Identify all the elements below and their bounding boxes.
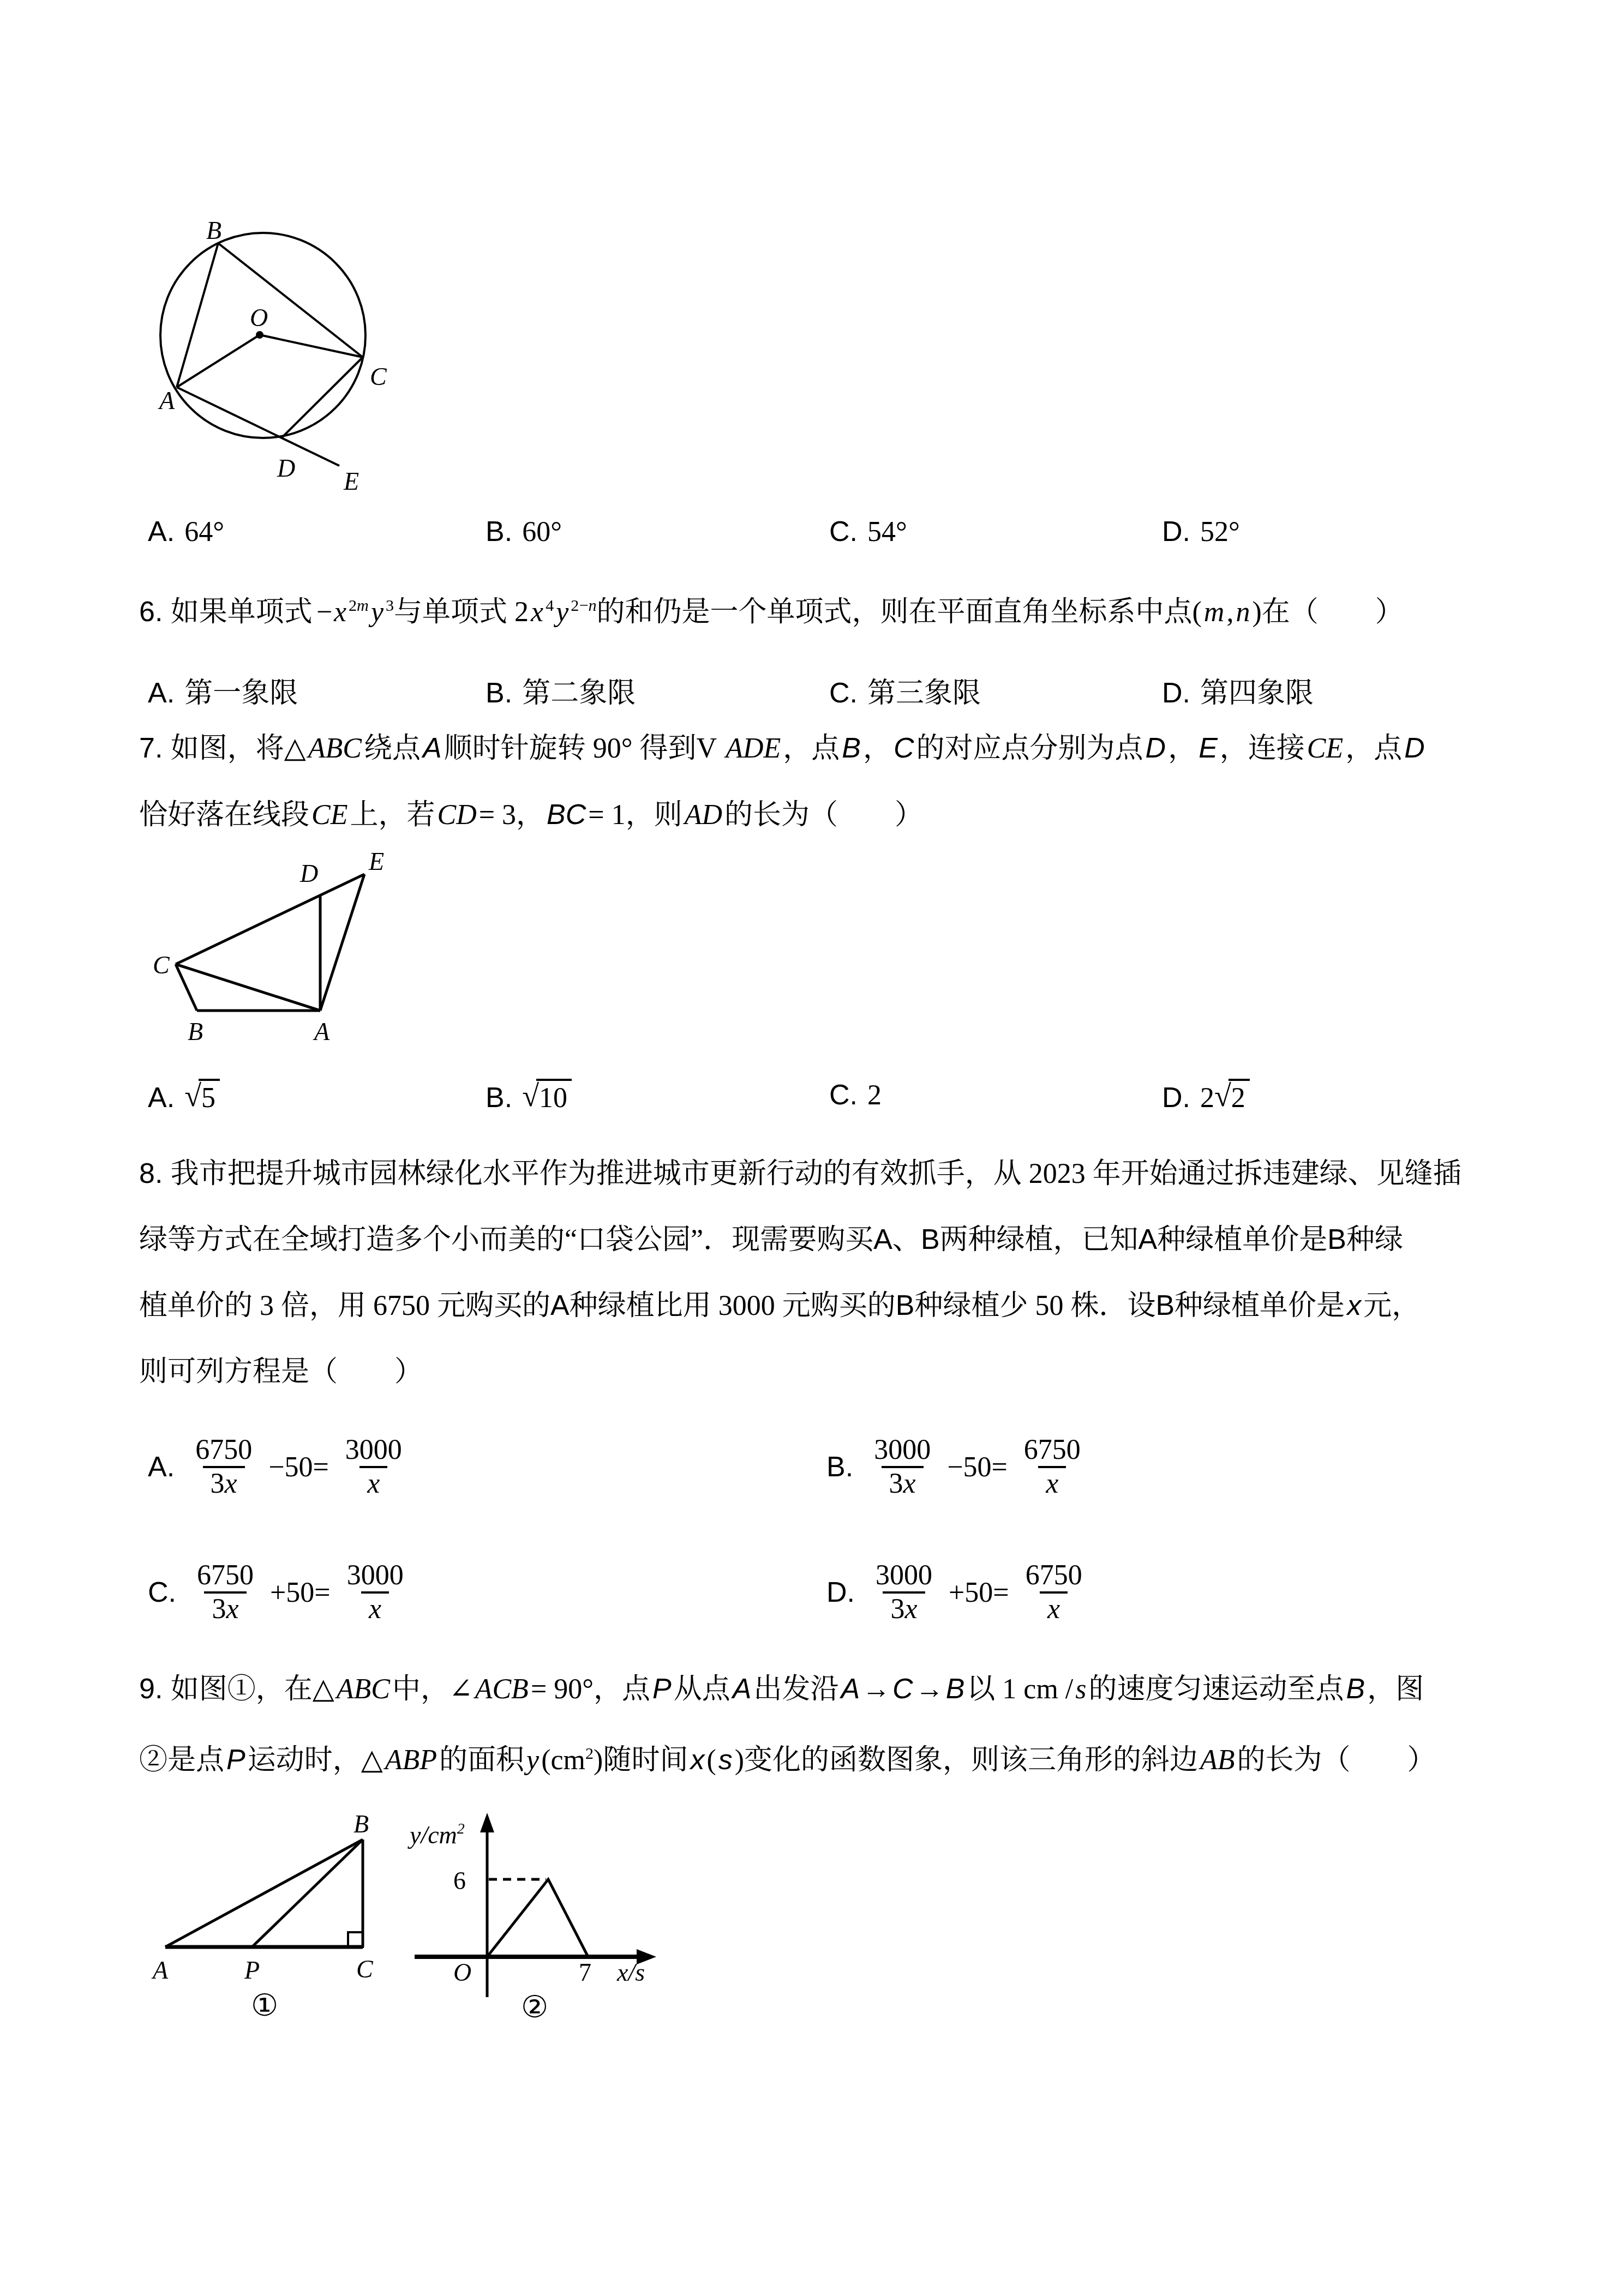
edge-a-b — [165, 1840, 363, 1947]
q8-option-b-operator: −50= — [947, 1451, 1008, 1483]
y-axis-label: y/cm2 — [408, 1820, 465, 1849]
q5-figure-edges — [177, 243, 363, 466]
origin-label: O — [453, 1958, 471, 1986]
q8-option-b-denominator-2: x — [1038, 1466, 1066, 1500]
figure-2-caption: ② — [510, 1990, 559, 2025]
q9-triangle-figure: B A P C — [147, 1811, 387, 1991]
q8-option-d-fraction-1: 30003x — [868, 1560, 940, 1625]
q7-option-d-label: D. — [1162, 1082, 1190, 1114]
q8-option-d: D. 30003x +50= 6750x — [826, 1560, 1093, 1625]
q7-option-b-label: B. — [486, 1082, 512, 1114]
q6-options-row: A.第一象限 B.第二象限 C.第三象限 D.第四象限 — [0, 670, 1624, 741]
q8-option-a-numerator-1: 6750 — [188, 1434, 260, 1466]
q5-label-o: O — [250, 304, 268, 332]
q8-options-row-1: A. 67503x −50= 3000x B. 30003x −50= 6750… — [0, 1434, 1624, 1538]
edge-a-e — [320, 874, 364, 1011]
q8-option-b-label: B. — [826, 1451, 853, 1483]
q8-option-d-operator: +50= — [949, 1577, 1009, 1609]
q8-option-a-numerator-2: 3000 — [338, 1434, 410, 1466]
edge-b-p — [252, 1840, 363, 1947]
question-6-text: 6. 如果单项式−x2my3与单项式 2x4y2−n的和仍是一个单项式，则在平面… — [139, 594, 1404, 630]
q7-label-c: C — [153, 951, 170, 979]
q7-option-a-label: A. — [148, 1082, 175, 1114]
question-7-text-line2: 恰好落在线段CE上，若CD= 3，BC= 1，则AD的长为（ ） — [139, 797, 923, 833]
q8-option-d-denominator-2: x — [1040, 1591, 1068, 1625]
q5-label-c: C — [370, 363, 387, 390]
q8-option-b-numerator-2: 6750 — [1016, 1434, 1088, 1466]
q7-option-a-radicand: 5 — [199, 1079, 220, 1114]
q8-option-a-fraction-2: 3000x — [338, 1434, 410, 1500]
x-tick-7: 7 — [579, 1958, 591, 1986]
q8-option-d-numerator-1: 3000 — [868, 1560, 940, 1591]
y-axis-label-main: y/cm — [408, 1821, 457, 1849]
q6-option-b-label: B. — [486, 677, 512, 709]
question-9-text-line1: 9. 如图①，在△ABC中，∠ACB= 90°，点P从点A出发沿A→C→B以 1… — [139, 1672, 1424, 1707]
question-8-text-line4: 则可列方程是（ ） — [139, 1354, 423, 1390]
q8-option-b-fraction-2: 6750x — [1016, 1434, 1088, 1500]
edge-c-a — [176, 964, 320, 1011]
q7-figure-edges — [176, 874, 364, 1011]
q8-option-c-fraction-1: 67503x — [189, 1560, 261, 1625]
q7-option-b-radical-sign: √ — [522, 1079, 539, 1113]
q6-option-a-label: A. — [148, 677, 175, 709]
q8-option-c-numerator-1: 6750 — [189, 1560, 261, 1591]
q5-option-c-value: 54° — [867, 516, 907, 548]
edge-b-c — [218, 243, 363, 357]
q8-option-a-operator: −50= — [268, 1451, 329, 1483]
q5-option-d-value: 52° — [1200, 516, 1240, 548]
q7-option-d-pre: 2 — [1200, 1083, 1214, 1114]
q7-option-c-pre: 2 — [867, 1080, 882, 1111]
question-8-text-line2: 绿等方式在全域打造多个小而美的“口袋公园”．现需要购买A、B两种绿植，已知A种绿… — [139, 1222, 1403, 1258]
q8-option-d-label: D. — [826, 1576, 855, 1609]
q8-option-b-fraction-1: 30003x — [866, 1434, 938, 1500]
q8-option-a-label: A. — [148, 1451, 175, 1483]
q8-option-c: C. 67503x +50= 3000x — [148, 1560, 415, 1625]
q9-fig1-label-b: B — [353, 1810, 369, 1838]
q6-option-c-value: 第三象限 — [867, 678, 981, 709]
q8-option-c-label: C. — [148, 1576, 176, 1609]
q9-fig1-label-c: C — [356, 1955, 374, 1983]
q8-option-c-operator: +50= — [270, 1577, 331, 1609]
q7-label-e: E — [368, 848, 384, 875]
figure-1-caption: ① — [240, 1988, 289, 2023]
q7-option-a: A.√5 — [148, 1079, 220, 1115]
q8-option-a-fraction-1: 67503x — [188, 1434, 260, 1500]
q7-option-d: D.2√2 — [1162, 1079, 1250, 1115]
q8-option-c-fraction-2: 3000x — [339, 1560, 411, 1625]
exam-page: { "q5": { "figure": { "labels": { "B": "… — [0, 0, 1624, 2296]
q7-options-row: A.√5 B.√10 C.2 D.2√2 — [0, 1079, 1624, 1150]
q9-fig1-label-a: A — [151, 1956, 169, 1984]
q7-option-d-radical-sign: √ — [1214, 1079, 1231, 1113]
q9-graph-figure: y/cm2 6 O 7 x/s — [406, 1805, 663, 2002]
q5-option-a: A.64° — [148, 515, 224, 548]
q5-option-c-label: C. — [829, 516, 858, 548]
y-axis-arrowhead — [480, 1813, 494, 1832]
area-function-curve — [487, 1879, 588, 1957]
q5-option-a-label: A. — [148, 516, 175, 548]
q6-option-b: B.第二象限 — [486, 670, 636, 711]
q6-option-d-label: D. — [1162, 677, 1190, 709]
q8-option-a-denominator-2: x — [359, 1466, 387, 1500]
q5-options-row: A.64° B.60° C.54° D.52° — [0, 515, 1624, 586]
y-tick-6: 6 — [453, 1867, 466, 1895]
q5-option-c: C.54° — [829, 515, 907, 548]
edge-c-e — [176, 874, 364, 964]
q5-option-d-label: D. — [1162, 516, 1190, 548]
q7-label-b: B — [188, 1018, 203, 1045]
q8-option-c-denominator-2: x — [361, 1591, 389, 1625]
q9-fig1-edges — [165, 1840, 363, 1947]
q8-option-d-numerator-2: 6750 — [1018, 1560, 1090, 1591]
q9-fig1-label-p: P — [244, 1956, 260, 1984]
q5-label-e: E — [343, 467, 359, 495]
q6-option-a: A.第一象限 — [148, 670, 298, 711]
q6-option-b-value: 第二象限 — [522, 678, 636, 709]
q7-label-d: D — [299, 860, 318, 887]
q8-option-d-fraction-2: 6750x — [1018, 1560, 1090, 1625]
q8-option-b: B. 30003x −50= 6750x — [826, 1434, 1092, 1500]
q7-label-a: A — [313, 1018, 330, 1045]
q7-option-a-radical-sign: √ — [184, 1079, 201, 1113]
q8-option-c-numerator-2: 3000 — [339, 1560, 411, 1591]
y-axis-label-sup: 2 — [457, 1820, 465, 1837]
q8-option-b-numerator-1: 3000 — [866, 1434, 938, 1466]
q7-option-d-radicand: 2 — [1229, 1079, 1250, 1114]
question-8-text-line3: 植单价的 3 倍，用 6750 元购买的A种绿植比用 3000 元购买的B种绿植… — [139, 1288, 1420, 1324]
q7-option-c-label: C. — [829, 1079, 858, 1111]
q6-option-a-value: 第一象限 — [184, 678, 298, 709]
q8-option-a: A. 67503x −50= 3000x — [148, 1434, 413, 1500]
question-9-text-line2: ②是点P运动时，△ABP的面积y(cm2)随时间x(s)变化的函数图象，则该三角… — [139, 1742, 1436, 1778]
edge-a-d-e — [177, 387, 339, 466]
right-angle-mark — [348, 1932, 363, 1947]
q6-option-c: C.第三象限 — [829, 670, 981, 711]
question-8-text-line1: 8. 我市把提升城市园林绿化水平作为推进城市更新行动的有效抓手，从 2023 年… — [139, 1156, 1461, 1192]
q7-rotation-figure: E D C B A — [153, 848, 387, 1047]
q6-option-d-value: 第四象限 — [1200, 678, 1314, 709]
x-axis-label: x/s — [616, 1958, 645, 1986]
edge-c-d — [281, 357, 363, 438]
q5-label-b: B — [206, 217, 221, 244]
q6-option-c-label: C. — [829, 677, 858, 709]
q8-option-c-denominator-1: 3x — [204, 1591, 246, 1625]
q5-option-d: D.52° — [1162, 515, 1240, 548]
q6-option-d: D.第四象限 — [1162, 670, 1314, 711]
q7-option-c: C.2 — [829, 1079, 882, 1111]
q8-option-d-denominator-1: 3x — [883, 1591, 925, 1625]
q5-label-a: A — [158, 387, 175, 414]
q8-option-a-denominator-1: 3x — [203, 1466, 245, 1500]
q5-circle-figure: B O A C D E — [158, 213, 393, 496]
q7-option-b-radicand: 10 — [536, 1079, 572, 1114]
q8-option-b-denominator-1: 3x — [882, 1466, 924, 1500]
q8-options-row-2: C. 67503x +50= 3000x D. 30003x +50= 6750… — [0, 1560, 1624, 1663]
q5-label-d: D — [277, 454, 295, 482]
q7-option-b: B.√10 — [486, 1079, 572, 1115]
question-7-text-line1: 7. 如图，将△ABC绕点A顺时针旋转 90° 得到V ADE，点B，C的对应点… — [139, 731, 1427, 766]
q5-option-b-value: 60° — [522, 516, 562, 548]
q5-option-a-value: 64° — [184, 516, 224, 548]
q5-option-b: B.60° — [486, 515, 562, 548]
q5-option-b-label: B. — [486, 516, 512, 548]
